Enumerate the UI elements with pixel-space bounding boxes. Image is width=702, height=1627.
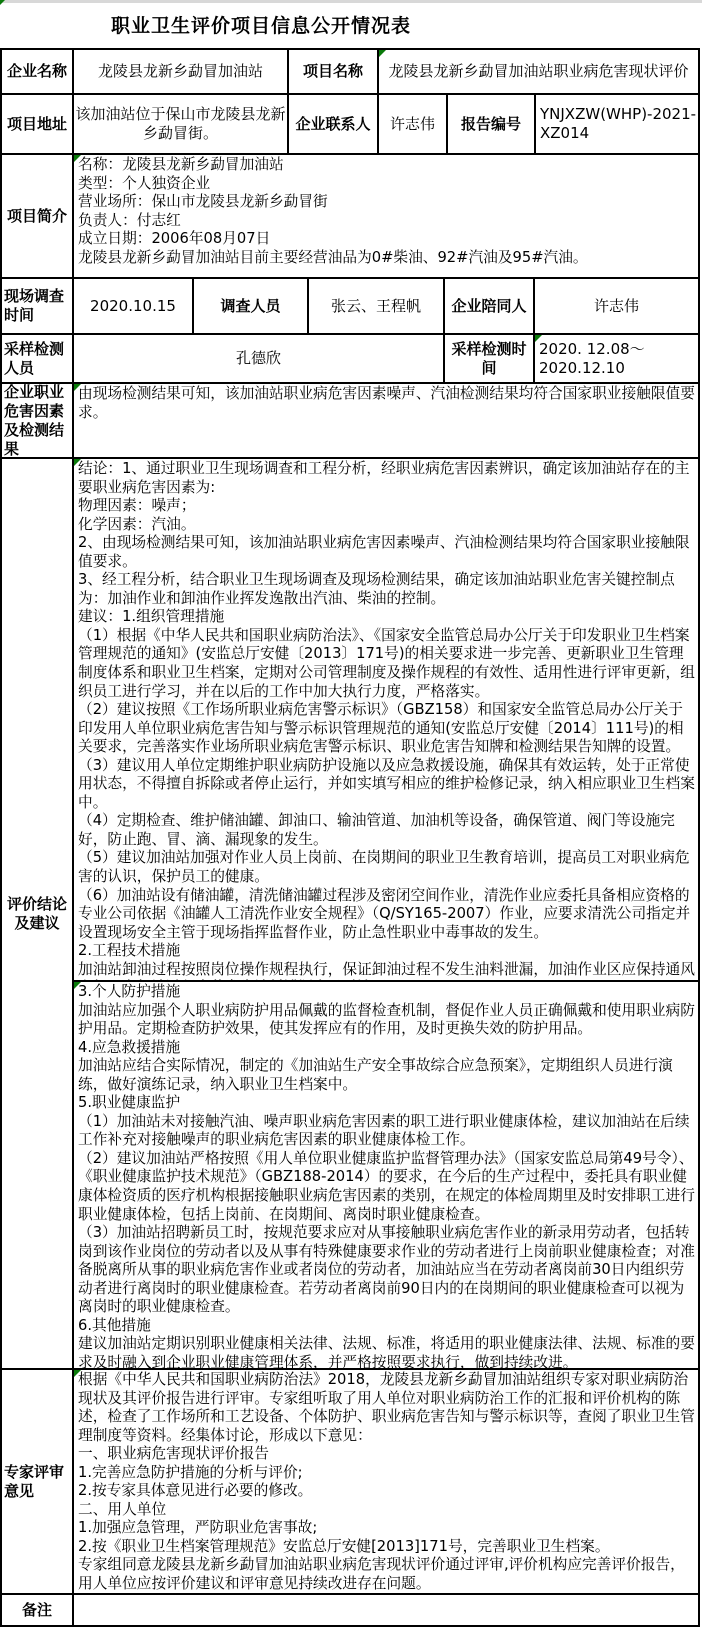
company-contact-label: 企业联系人 <box>287 93 379 155</box>
company-contact-value: 许志伟 <box>377 93 448 155</box>
comment-marker-icon <box>74 459 81 466</box>
company-escort-label: 企业陪同人 <box>443 277 535 335</box>
comment-marker-icon <box>74 155 81 162</box>
company-name-label: 企业名称 <box>0 48 74 95</box>
project-name-value: 龙陵县龙新乡勐冒加油站职业病危害现状评价 <box>377 48 700 95</box>
remark-label: 备注 <box>0 1593 74 1627</box>
expert-review-label: 专家评审 意见 <box>0 1368 74 1595</box>
comment-marker-icon <box>0 0 5 5</box>
sampling-staff-label: 采样检测 人员 <box>0 333 74 384</box>
sheet-top-edge <box>0 0 702 3</box>
surveyors-label: 调查人员 <box>192 277 309 335</box>
project-profile-value: 名称：龙陵县龙新乡勐冒加油站 类型：个人独资企业 营业场所：保山市龙陵县龙新乡勐… <box>72 153 700 279</box>
sampling-time-label: 采样检测时间 <box>443 333 535 384</box>
surveyors-value: 张云、王程帆 <box>307 277 445 335</box>
site-survey-time-label: 现场调查 时间 <box>0 277 74 335</box>
project-address-label: 项目地址 <box>0 93 74 155</box>
conclusion-suggestion-label: 评价结论 及建议 <box>0 457 74 1370</box>
company-name-value: 龙陵县龙新乡勐冒加油站 <box>72 48 289 95</box>
comment-marker-icon <box>535 335 542 342</box>
company-escort-value: 许志伟 <box>533 277 700 335</box>
page-title: 职业卫生评价项目信息公开情况表 <box>0 11 522 38</box>
comment-marker-icon <box>74 384 81 391</box>
report-number-value: YNJXZW(WHP)-2021-XZ014 <box>534 93 700 155</box>
remark-value <box>72 1593 700 1627</box>
project-address-value: 该加油站位于保山市龙陵县龙新乡勐冒街。 <box>72 93 289 155</box>
sampling-time-value: 2020. 12.08～ 2020.12.10 <box>533 333 700 384</box>
comment-marker-icon <box>74 1370 81 1377</box>
hazard-factors-result-label: 企业职业危害因素及检测结果 <box>0 382 74 459</box>
conclusion-part1: 结论：1、通过职业卫生现场调查和工程分析，经职业病危害因素辨识，确定该加油站存在… <box>72 457 700 982</box>
occupational-health-table-page: { "title": "职业卫生评价项目信息公开情况表", "colors": … <box>0 0 702 1627</box>
project-profile-label: 项目简介 <box>0 153 74 279</box>
comment-marker-icon <box>379 50 386 57</box>
comment-marker-icon <box>74 982 81 989</box>
hazard-factors-result-value: 由现场检测结果可知，该加油站职业病危害因素噪声、汽油检测结果均符合国家职业接触限… <box>72 382 700 459</box>
report-number-label: 报告编号 <box>446 93 536 155</box>
project-name-label: 项目名称 <box>287 48 379 95</box>
sampling-staff-value: 孔德欣 <box>72 333 445 384</box>
expert-review-value: 根据《中华人民共和国职业病防治法》2018，龙陵县龙新乡勐冒加油站组织专家对职业… <box>72 1368 700 1595</box>
site-survey-time-value: 2020.10.15 <box>72 277 194 335</box>
conclusion-part2: 3.个人防护措施 加油站应加强个人职业病防护用品佩戴的监督检查机制，督促作业人员… <box>72 980 700 1370</box>
